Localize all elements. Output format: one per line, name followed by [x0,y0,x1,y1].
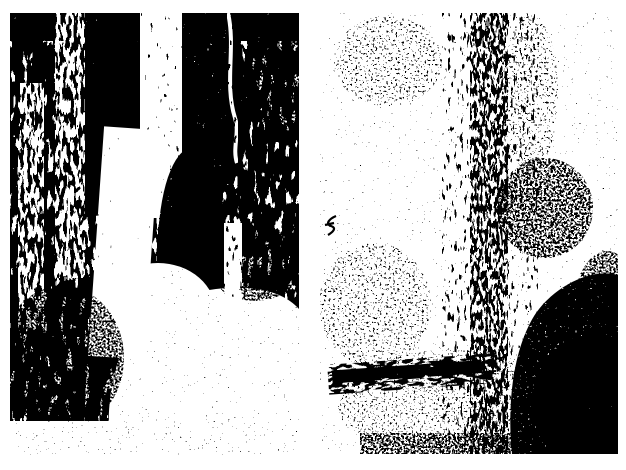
texture-layer-blob-mid-right [497,158,593,258]
grunge-texture-panel-light [320,13,618,454]
texture-layer-dark-patch-right [207,225,299,301]
texture-layer-cluster-top-right [502,15,558,171]
texture-sheet [0,0,626,470]
texture-layer-bottom-strip [360,433,618,454]
texture-layer-white-streak-left [55,13,85,278]
grunge-texture-panel-dark [10,13,299,455]
texture-layer-cluster-top-left [334,16,442,106]
texture-layer-white-column [224,223,242,323]
texture-layer-bottom-specks [10,411,299,455]
texture-layer-cluster-mid-left [320,243,431,367]
